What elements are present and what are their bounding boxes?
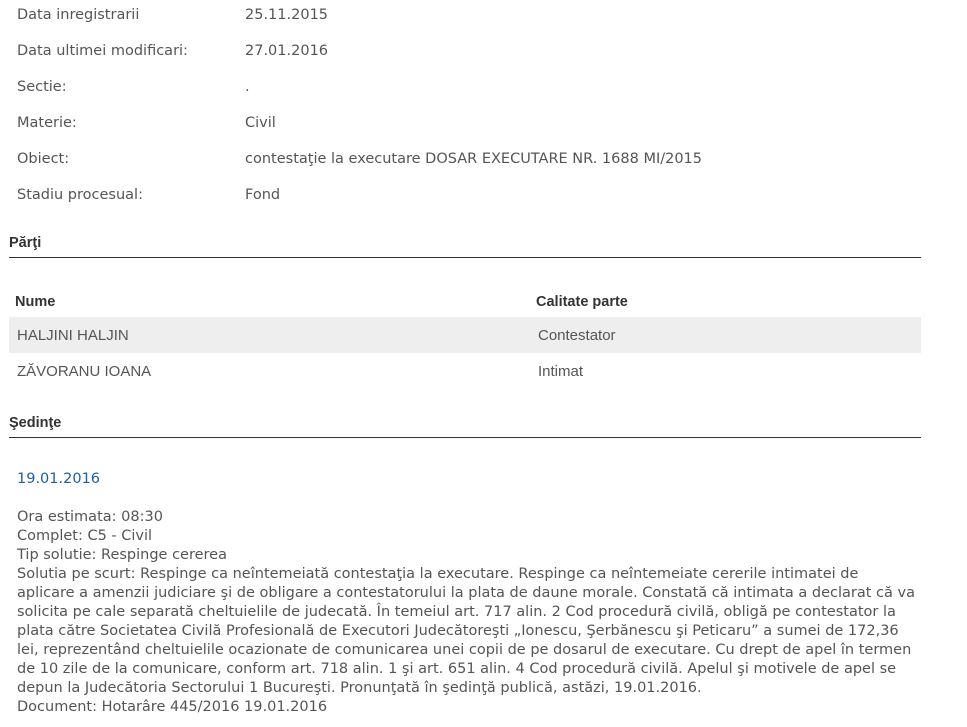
table-row: ZĂVORANU IOANA Intimat bbox=[9, 353, 921, 389]
info-value: . bbox=[245, 77, 250, 97]
party-role: Intimat bbox=[530, 353, 921, 389]
hearing-date: 19.01.2016 bbox=[17, 471, 100, 487]
info-value: 27.01.2016 bbox=[245, 41, 328, 61]
table-row: HALJINI HALJIN Contestator bbox=[9, 317, 921, 353]
hearing-solution-type: Tip solutie: Respinge cererea bbox=[17, 546, 917, 565]
info-value: Fond bbox=[245, 185, 280, 205]
party-name: ZĂVORANU IOANA bbox=[9, 353, 530, 389]
hearings-section-title: Şedinţe bbox=[9, 415, 921, 438]
column-header-name: Nume bbox=[9, 287, 530, 317]
info-label: Data inregistrarii bbox=[17, 5, 237, 25]
info-label: Materie: bbox=[17, 113, 237, 133]
column-header-role: Calitate parte bbox=[530, 287, 921, 317]
info-label: Stadiu procesual: bbox=[17, 185, 237, 205]
hearing-time: Ora estimata: 08:30 bbox=[17, 508, 917, 527]
parties-table: Nume Calitate parte HALJINI HALJIN Conte… bbox=[9, 287, 921, 389]
info-value: 25.11.2015 bbox=[245, 5, 328, 25]
info-label: Obiect: bbox=[17, 149, 237, 169]
hearing-details: Ora estimata: 08:30 Complet: C5 - Civil … bbox=[17, 508, 917, 717]
hearing-solution-summary: Solutia pe scurt: Respinge ca neîntemeia… bbox=[17, 565, 917, 698]
party-role: Contestator bbox=[530, 317, 921, 353]
hearing-panel: Complet: C5 - Civil bbox=[17, 527, 917, 546]
info-value: contestaţie la executare DOSAR EXECUTARE… bbox=[245, 149, 702, 169]
info-label: Data ultimei modificari: bbox=[17, 41, 237, 61]
table-header-row: Nume Calitate parte bbox=[9, 287, 921, 317]
info-value: Civil bbox=[245, 113, 276, 133]
hearing-document: Document: Hotarâre 445/2016 19.01.2016 bbox=[17, 698, 917, 717]
info-label: Sectie: bbox=[17, 77, 237, 97]
parties-section-title: Părţi bbox=[9, 235, 921, 258]
party-name: HALJINI HALJIN bbox=[9, 317, 530, 353]
